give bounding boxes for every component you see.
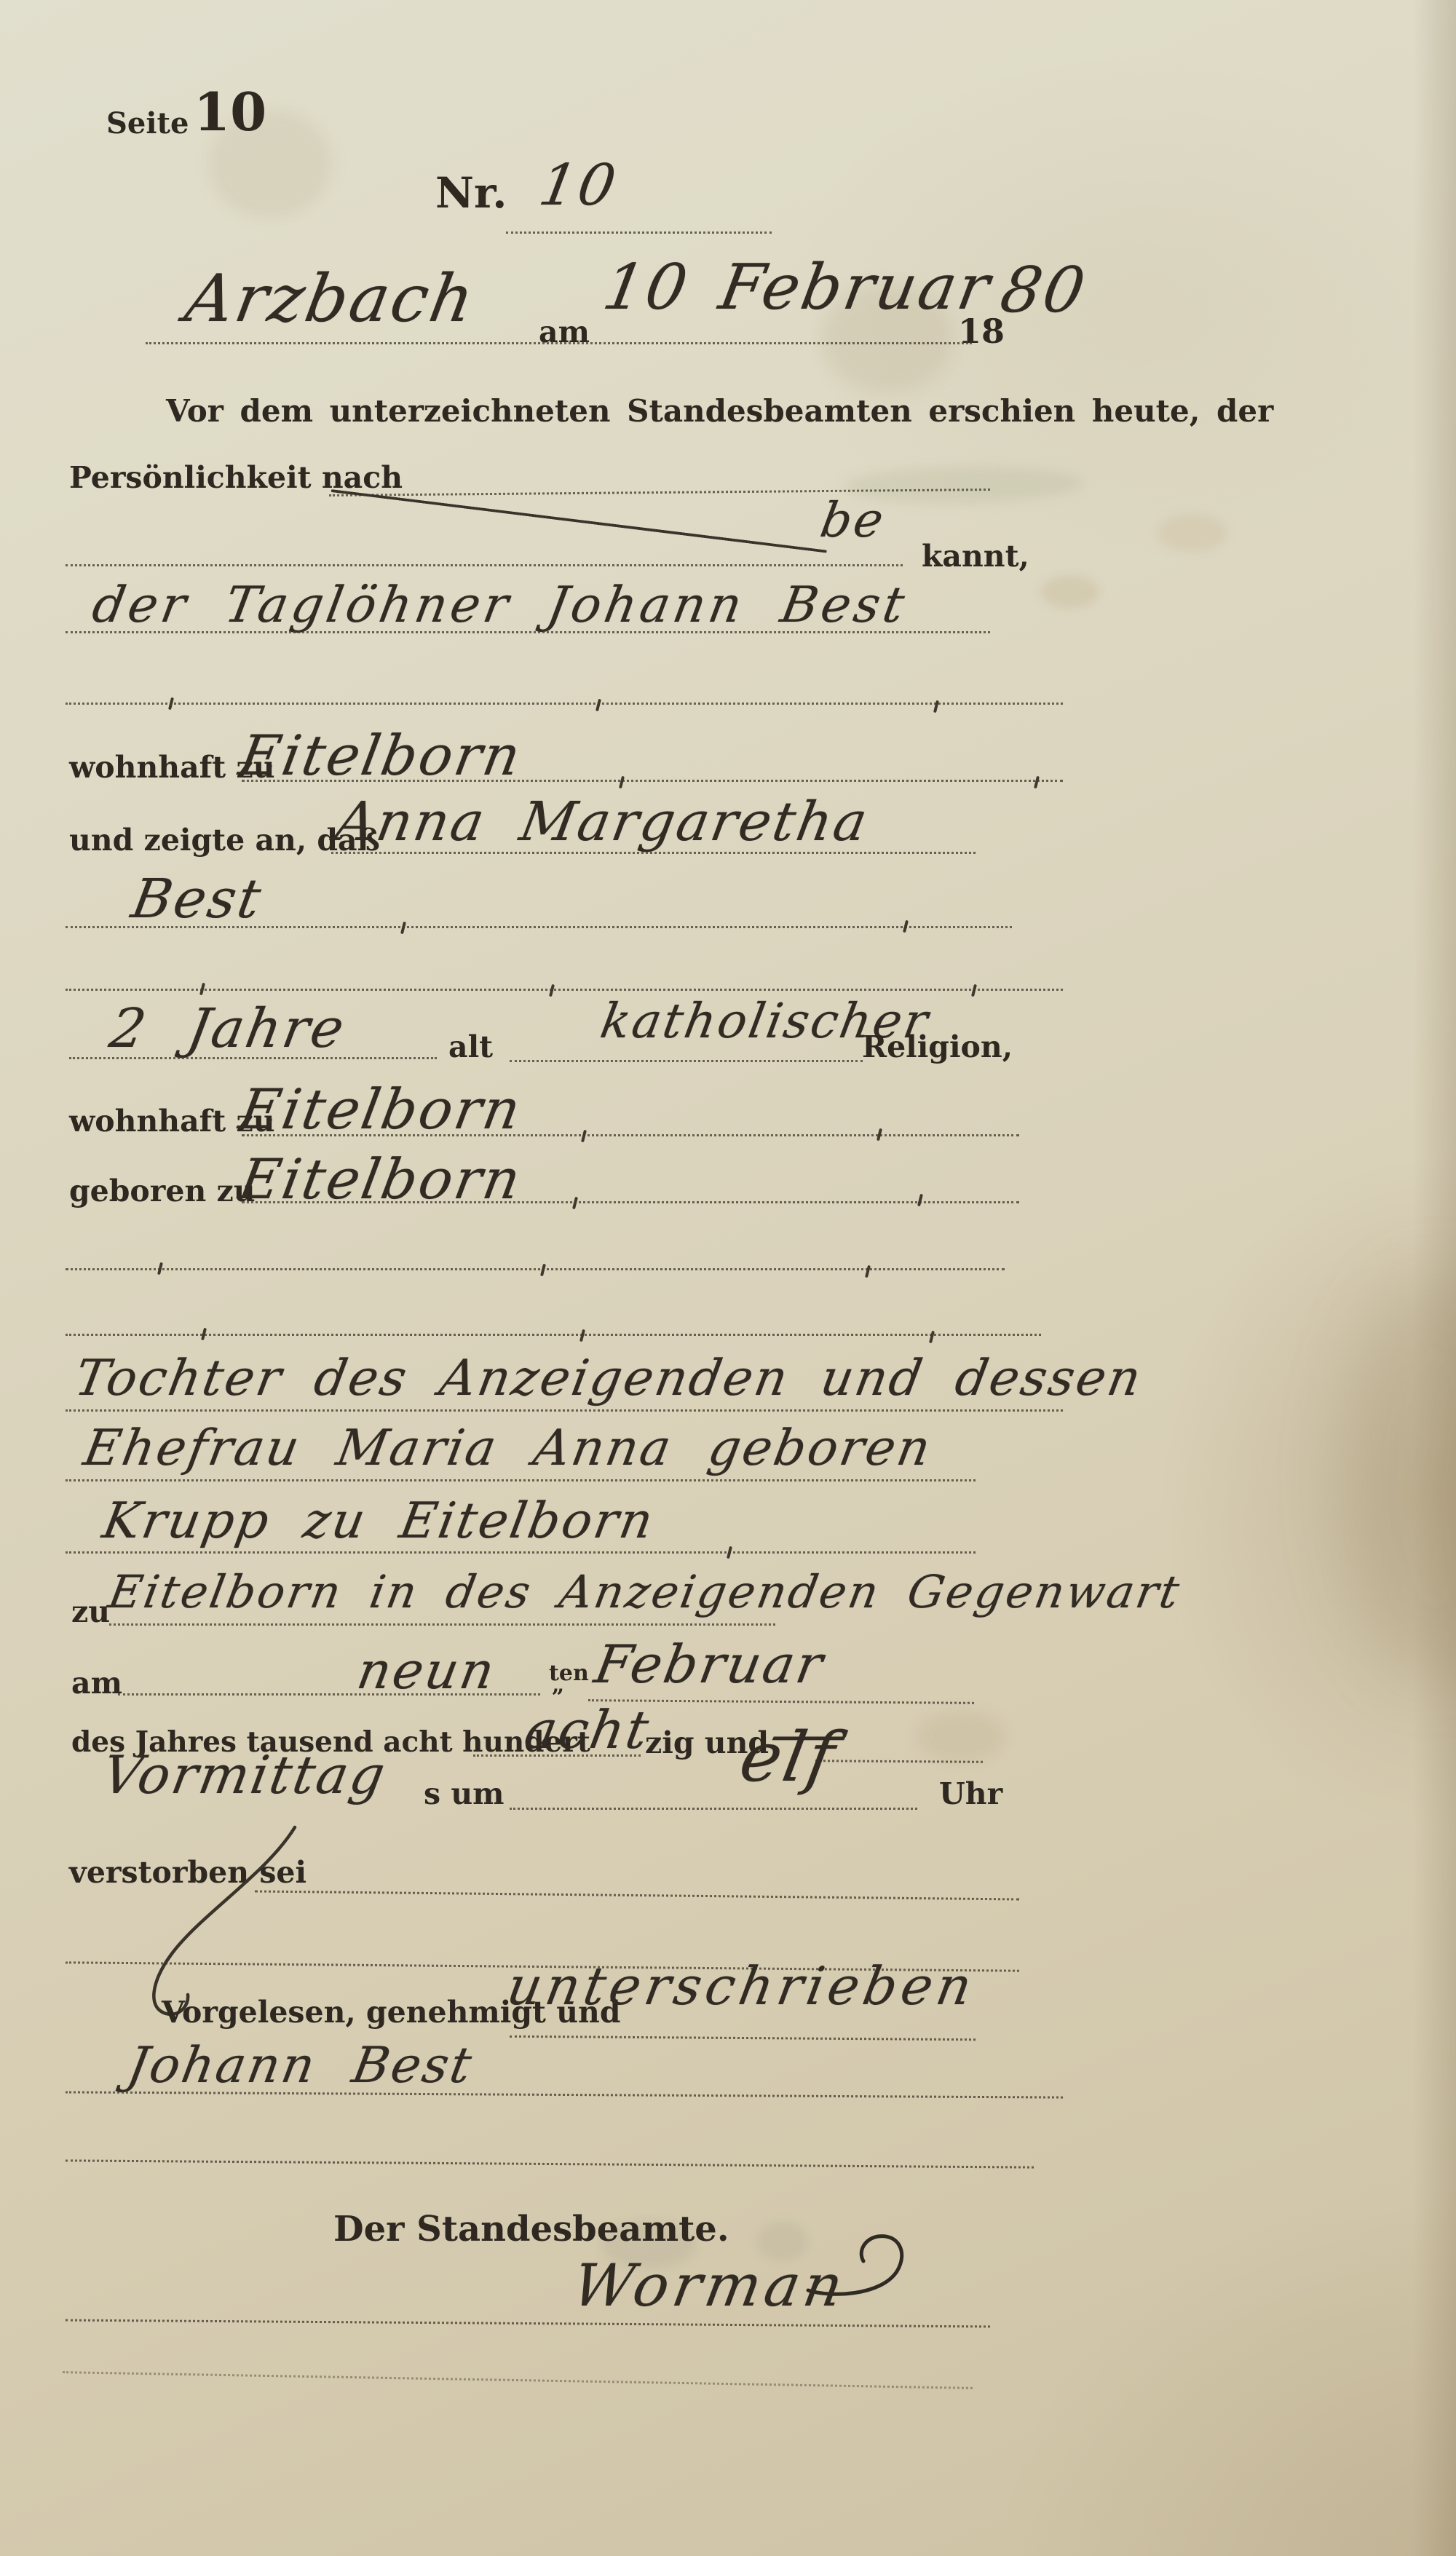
registrar-signature: Worman xyxy=(569,2257,851,2315)
death-place-line: Eitelborn in des Anzeigenden Gegenwart xyxy=(106,1570,1184,1615)
birthplace-label: geboren zu xyxy=(69,1176,256,1206)
record-no-rule xyxy=(506,232,772,234)
birthplace-rule xyxy=(242,1201,1019,1203)
relation-line-2: Ehefrau Maria Anna geboren xyxy=(80,1424,936,1473)
record-no-label: Nr. xyxy=(435,172,507,214)
relation-line-3: Krupp zu Eitelborn xyxy=(99,1497,658,1546)
record-no-value: 10 xyxy=(535,157,622,214)
field-separator xyxy=(1034,776,1040,788)
death-am-label: am xyxy=(71,1669,122,1698)
report-rule xyxy=(331,852,976,854)
empty-rule-6 xyxy=(66,2159,1034,2168)
dateline-place: Arzbach xyxy=(181,266,480,332)
dateline-rule xyxy=(146,342,972,344)
deceased-first-names: Anna Margaretha xyxy=(331,795,873,849)
dateline-date: 10 Februar xyxy=(598,256,996,319)
death-decade: acht xyxy=(521,1704,654,1756)
relation-rule-1 xyxy=(66,1409,1063,1412)
death-s-um-label: s um xyxy=(424,1779,505,1809)
age-value: 2 Jahre xyxy=(106,1002,349,1056)
death-uhr-label: Uhr xyxy=(939,1779,1002,1809)
foxing-spot xyxy=(1041,575,1099,609)
residence2-value: Eitelborn xyxy=(235,1082,526,1137)
foxing-spot xyxy=(917,1711,1005,1762)
death-daytime: Vormittag xyxy=(99,1749,391,1801)
field-separator xyxy=(596,699,601,711)
field-separator xyxy=(619,776,625,788)
death-place-rule xyxy=(109,1623,775,1626)
death-hour: elf xyxy=(735,1724,842,1792)
residence-rule xyxy=(242,780,1063,782)
death-hour-rule xyxy=(510,1808,917,1810)
relation-rule-3 xyxy=(66,1551,976,1554)
death-day: neun xyxy=(354,1645,500,1696)
page-number: 10 xyxy=(194,86,266,138)
religion-rule xyxy=(510,1060,863,1062)
registrar-title: Der Standesbeamte. xyxy=(333,2212,729,2247)
dateline-year-written: 80 xyxy=(996,259,1091,322)
empty-rule-1 xyxy=(66,703,1063,705)
personality-rule xyxy=(329,488,990,496)
age-rule xyxy=(69,1057,437,1059)
death-ten-mark: „ xyxy=(552,1674,564,1696)
registrar-rule xyxy=(66,2319,990,2328)
empty-rule-4 xyxy=(66,1334,1041,1336)
page-label: Seite xyxy=(106,109,189,138)
declarant-signature: Johann Best xyxy=(124,2041,477,2091)
relation-line-1: Tochter des Anzeigenden und dessen xyxy=(71,1354,1147,1404)
known-prefix: be xyxy=(817,496,889,545)
pen-flourish xyxy=(131,1820,306,2024)
surname-rule xyxy=(66,926,1012,928)
gutter-shadow xyxy=(1340,1274,1456,1682)
signature-rule xyxy=(66,2091,1063,2098)
death-closing-rule xyxy=(255,1891,1019,1901)
attestation-rule xyxy=(510,2035,976,2041)
intro-line: Vor dem unterzeichneten Standesbeamten e… xyxy=(166,396,1273,427)
death-register-page: Seite 10 Nr. 10 Arzbach am 10 Februar 18… xyxy=(0,0,1456,2556)
final-rule xyxy=(63,2371,973,2389)
birthplace-value: Eitelborn xyxy=(235,1152,526,1207)
deceased-surname: Best xyxy=(127,872,266,926)
empty-rule-2 xyxy=(66,989,1063,991)
declarant-line: der Taglöhner Johann Best xyxy=(89,581,911,630)
field-separator xyxy=(929,1331,935,1343)
strike-through-line xyxy=(331,489,827,553)
field-separator xyxy=(917,1194,923,1206)
foxing-spot xyxy=(1158,514,1227,552)
known-suffix: kannt, xyxy=(922,542,1029,571)
death-zu-label: zu xyxy=(71,1597,110,1627)
declarant-rule xyxy=(66,631,990,633)
empty-rule-3 xyxy=(66,1268,1005,1270)
field-separator xyxy=(865,1265,871,1278)
residence-value: Eitelborn xyxy=(235,728,526,783)
residence2-rule xyxy=(242,1134,1019,1136)
relation-rule-2 xyxy=(66,1479,976,1481)
attestation-handwritten: unterschrieben xyxy=(504,1960,980,2012)
alt-label: alt xyxy=(448,1032,493,1062)
death-month: Februar xyxy=(591,1638,829,1690)
religion-label: Religion, xyxy=(862,1032,1013,1062)
personality-label: Persönlichkeit nach xyxy=(69,463,403,493)
known-rule xyxy=(66,564,903,566)
